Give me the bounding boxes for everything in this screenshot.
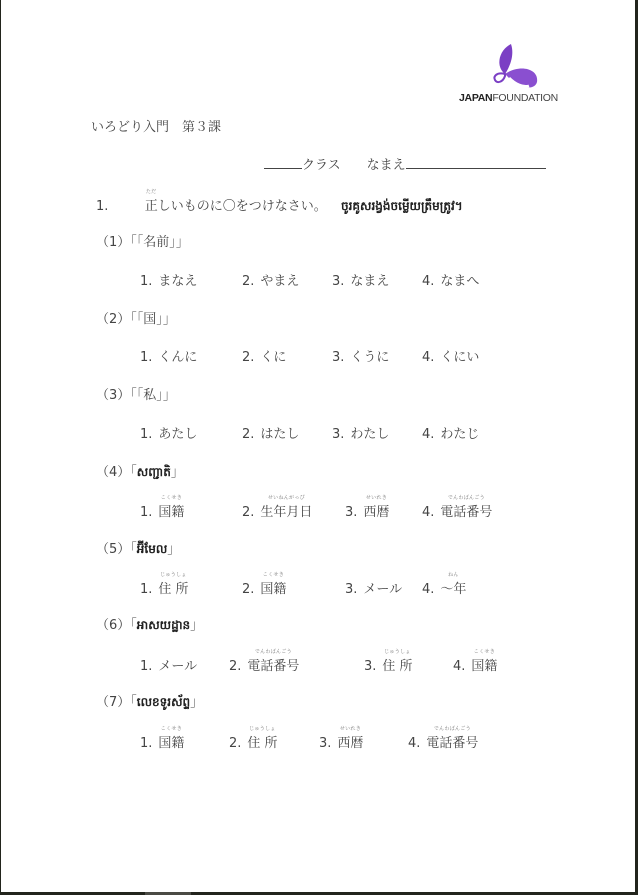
- answer-option[interactable]: 2.でんわばんごう電話番号: [229, 655, 299, 674]
- question-number: （4）: [96, 465, 130, 480]
- bracket-close: 」: [190, 618, 203, 633]
- question-heading: （5）「អ៊ីមែល」: [96, 538, 180, 559]
- question-heading: （3）「「私」」: [96, 384, 176, 403]
- option-number: 2.: [229, 659, 241, 674]
- answer-option[interactable]: 1.くんに: [140, 346, 197, 365]
- option-number: 4.: [422, 350, 434, 365]
- option-text: なまへ: [440, 270, 479, 289]
- option-furigana: せいねんがっぴ: [268, 494, 305, 501]
- option-number: 3.: [332, 427, 344, 442]
- bracket-close: 」: [163, 388, 176, 403]
- answer-option[interactable]: 4.なまへ: [422, 270, 479, 289]
- question-heading: （2）「「国」」: [96, 308, 176, 327]
- option-text: くにい: [440, 346, 479, 365]
- option-text: くに: [260, 346, 286, 365]
- question-prompt: លេខទូរស័ព្ទ: [137, 695, 190, 709]
- option-text: でんわばんごう電話番号: [440, 501, 492, 520]
- answer-option[interactable]: 1.まなえ: [140, 270, 197, 289]
- option-text: あたし: [158, 423, 197, 442]
- question-number: （7）: [96, 695, 130, 710]
- question-number: （6）: [96, 618, 130, 633]
- option-furigana: でんわばんごう: [434, 725, 471, 732]
- option-furigana: せいれき: [366, 494, 387, 501]
- japan-foundation-logo-text: JAPANFOUNDATION: [459, 92, 558, 104]
- option-number: 2.: [242, 505, 254, 520]
- question-number: （5）: [96, 542, 130, 557]
- question-heading: （7）「លេខទូរស័ព្ទ」: [96, 691, 203, 712]
- option-text: でんわばんごう電話番号: [247, 655, 299, 674]
- option-number: 4.: [453, 659, 465, 674]
- answer-option[interactable]: 1.じゅうしょ住 所: [140, 578, 189, 597]
- option-furigana: ねん: [448, 571, 459, 578]
- option-text: まなえ: [158, 270, 197, 289]
- answer-option[interactable]: 2.くに: [242, 346, 286, 365]
- option-number: 3.: [364, 659, 376, 674]
- instruction-number: 1.: [96, 199, 108, 214]
- answer-option[interactable]: 1.あたし: [140, 423, 197, 442]
- answer-option[interactable]: 2.こくせき国籍: [242, 578, 286, 597]
- option-number: 3.: [332, 274, 344, 289]
- option-furigana: こくせき: [474, 648, 495, 655]
- answer-option[interactable]: 4.でんわばんごう電話番号: [408, 732, 478, 751]
- bracket-close: 」: [171, 465, 184, 480]
- option-number: 1.: [140, 659, 152, 674]
- instruction-text: しいものに〇をつけなさい。: [158, 199, 327, 214]
- option-number: 2.: [242, 582, 254, 597]
- answer-option[interactable]: 3.メール: [345, 578, 402, 597]
- option-number: 1.: [140, 505, 152, 520]
- question-number: （3）: [96, 388, 130, 403]
- option-number: 1.: [140, 582, 152, 597]
- answer-option[interactable]: 1.メール: [140, 655, 197, 674]
- answer-option[interactable]: 2.はたし: [242, 423, 299, 442]
- bracket-close: 」: [163, 312, 176, 327]
- option-text: こくせき国籍: [260, 578, 286, 597]
- option-text: せいれき西暦: [337, 732, 363, 751]
- option-text: じゅうしょ住 所: [158, 578, 188, 597]
- class-label: クラス: [302, 158, 341, 173]
- answer-option[interactable]: 3.くうに: [332, 346, 389, 365]
- course-title: いろどり入門 第３課: [91, 116, 221, 135]
- option-number: 3.: [319, 736, 331, 751]
- question-number: （1）: [96, 235, 130, 250]
- option-text: わたし: [350, 423, 389, 442]
- option-number: 2.: [242, 350, 254, 365]
- option-text: じゅうしょ住 所: [247, 732, 277, 751]
- option-furigana: でんわばんごう: [448, 494, 485, 501]
- option-number: 4.: [422, 427, 434, 442]
- bracket-close: 」: [176, 235, 189, 250]
- option-text: こくせき国籍: [471, 655, 497, 674]
- answer-option[interactable]: 3.わたし: [332, 423, 389, 442]
- option-text: せいねんがっぴ生年月日: [260, 501, 312, 520]
- question-prompt: សញ្ជាតិ: [137, 465, 171, 479]
- option-text: せいれき西暦: [363, 501, 389, 520]
- option-furigana: でんわばんごう: [255, 648, 292, 655]
- option-number: 3.: [345, 582, 357, 597]
- answer-option[interactable]: 3.せいれき西暦: [345, 501, 389, 520]
- option-furigana: じゅうしょ: [160, 571, 187, 578]
- option-text: やまえ: [260, 270, 299, 289]
- bracket-close: 」: [167, 542, 180, 557]
- option-number: 1.: [140, 427, 152, 442]
- option-text: わたじ: [440, 423, 479, 442]
- option-number: 1.: [140, 736, 152, 751]
- answer-option[interactable]: 1.こくせき国籍: [140, 732, 184, 751]
- name-blank[interactable]: [406, 156, 546, 169]
- option-number: 3.: [332, 350, 344, 365]
- option-text: こくせき国籍: [158, 732, 184, 751]
- option-text: こくせき国籍: [158, 501, 184, 520]
- instruction-kanji: ただ正: [145, 195, 158, 214]
- question-prompt: អ៊ីមែល: [137, 542, 167, 556]
- question-heading: （6）「អាសយដ្ឋាន」: [96, 614, 203, 635]
- answer-option[interactable]: 4.わたじ: [422, 423, 479, 442]
- question-prompt: 「国」: [137, 312, 163, 327]
- option-text: ねん～年: [440, 578, 466, 597]
- option-number: 3.: [345, 505, 357, 520]
- option-number: 4.: [408, 736, 420, 751]
- answer-option[interactable]: 4.こくせき国籍: [453, 655, 497, 674]
- option-text: じゅうしょ住 所: [382, 655, 412, 674]
- option-furigana: じゅうしょ: [384, 648, 411, 655]
- question-heading: （4）「សញ្ជាតិ」: [96, 461, 184, 482]
- option-furigana: こくせき: [263, 571, 284, 578]
- answer-option[interactable]: 1.こくせき国籍: [140, 501, 184, 520]
- answer-option[interactable]: 3.なまえ: [332, 270, 389, 289]
- option-number: 2.: [242, 274, 254, 289]
- instruction-line: 1. ただ正しいものに〇をつけなさい。 ចូរគូសរង្វង់ចម្លើយត្…: [96, 195, 463, 216]
- option-number: 2.: [242, 427, 254, 442]
- option-furigana: こくせき: [161, 725, 182, 732]
- instruction-khmer: ចូរគូសរង្វង់ចម្លើយត្រឹមត្រូវ។: [341, 199, 463, 213]
- option-furigana: じゅうしょ: [249, 725, 276, 732]
- option-number: 4.: [422, 505, 434, 520]
- question-prompt: 「私」: [137, 388, 163, 403]
- option-number: 2.: [229, 736, 241, 751]
- option-text: はたし: [260, 423, 299, 442]
- class-blank[interactable]: [264, 156, 302, 169]
- answer-option[interactable]: 4.くにい: [422, 346, 479, 365]
- worksheet-page: JAPANFOUNDATION いろどり入門 第３課 クラスなまえ 1. ただ正…: [1, 0, 635, 892]
- option-text: でんわばんごう電話番号: [426, 732, 478, 751]
- option-number: 4.: [422, 274, 434, 289]
- question-prompt: អាសយដ្ឋាន: [137, 618, 190, 632]
- name-label: なまえ: [367, 158, 406, 173]
- answer-option[interactable]: 4.でんわばんごう電話番号: [422, 501, 492, 520]
- option-number: 1.: [140, 350, 152, 365]
- option-text: メール: [158, 655, 197, 674]
- option-text: メール: [363, 578, 402, 597]
- option-furigana: こくせき: [161, 494, 182, 501]
- option-furigana: せいれき: [340, 725, 361, 732]
- class-name-line: クラスなまえ: [264, 154, 546, 173]
- answer-option[interactable]: 2.やまえ: [242, 270, 299, 289]
- option-number: 1.: [140, 274, 152, 289]
- question-number: （2）: [96, 312, 130, 327]
- question-heading: （1）「「名前」」: [96, 231, 189, 250]
- bracket-close: 」: [190, 695, 203, 710]
- answer-option[interactable]: 3.じゅうしょ住 所: [364, 655, 413, 674]
- answer-option[interactable]: 4.ねん～年: [422, 578, 466, 597]
- option-number: 4.: [422, 582, 434, 597]
- answer-option[interactable]: 2.じゅうしょ住 所: [229, 732, 278, 751]
- answer-option[interactable]: 3.せいれき西暦: [319, 732, 363, 751]
- option-text: くんに: [158, 346, 197, 365]
- answer-option[interactable]: 2.せいねんがっぴ生年月日: [242, 501, 312, 520]
- option-text: なまえ: [350, 270, 389, 289]
- option-text: くうに: [350, 346, 389, 365]
- question-prompt: 「名前」: [137, 235, 176, 250]
